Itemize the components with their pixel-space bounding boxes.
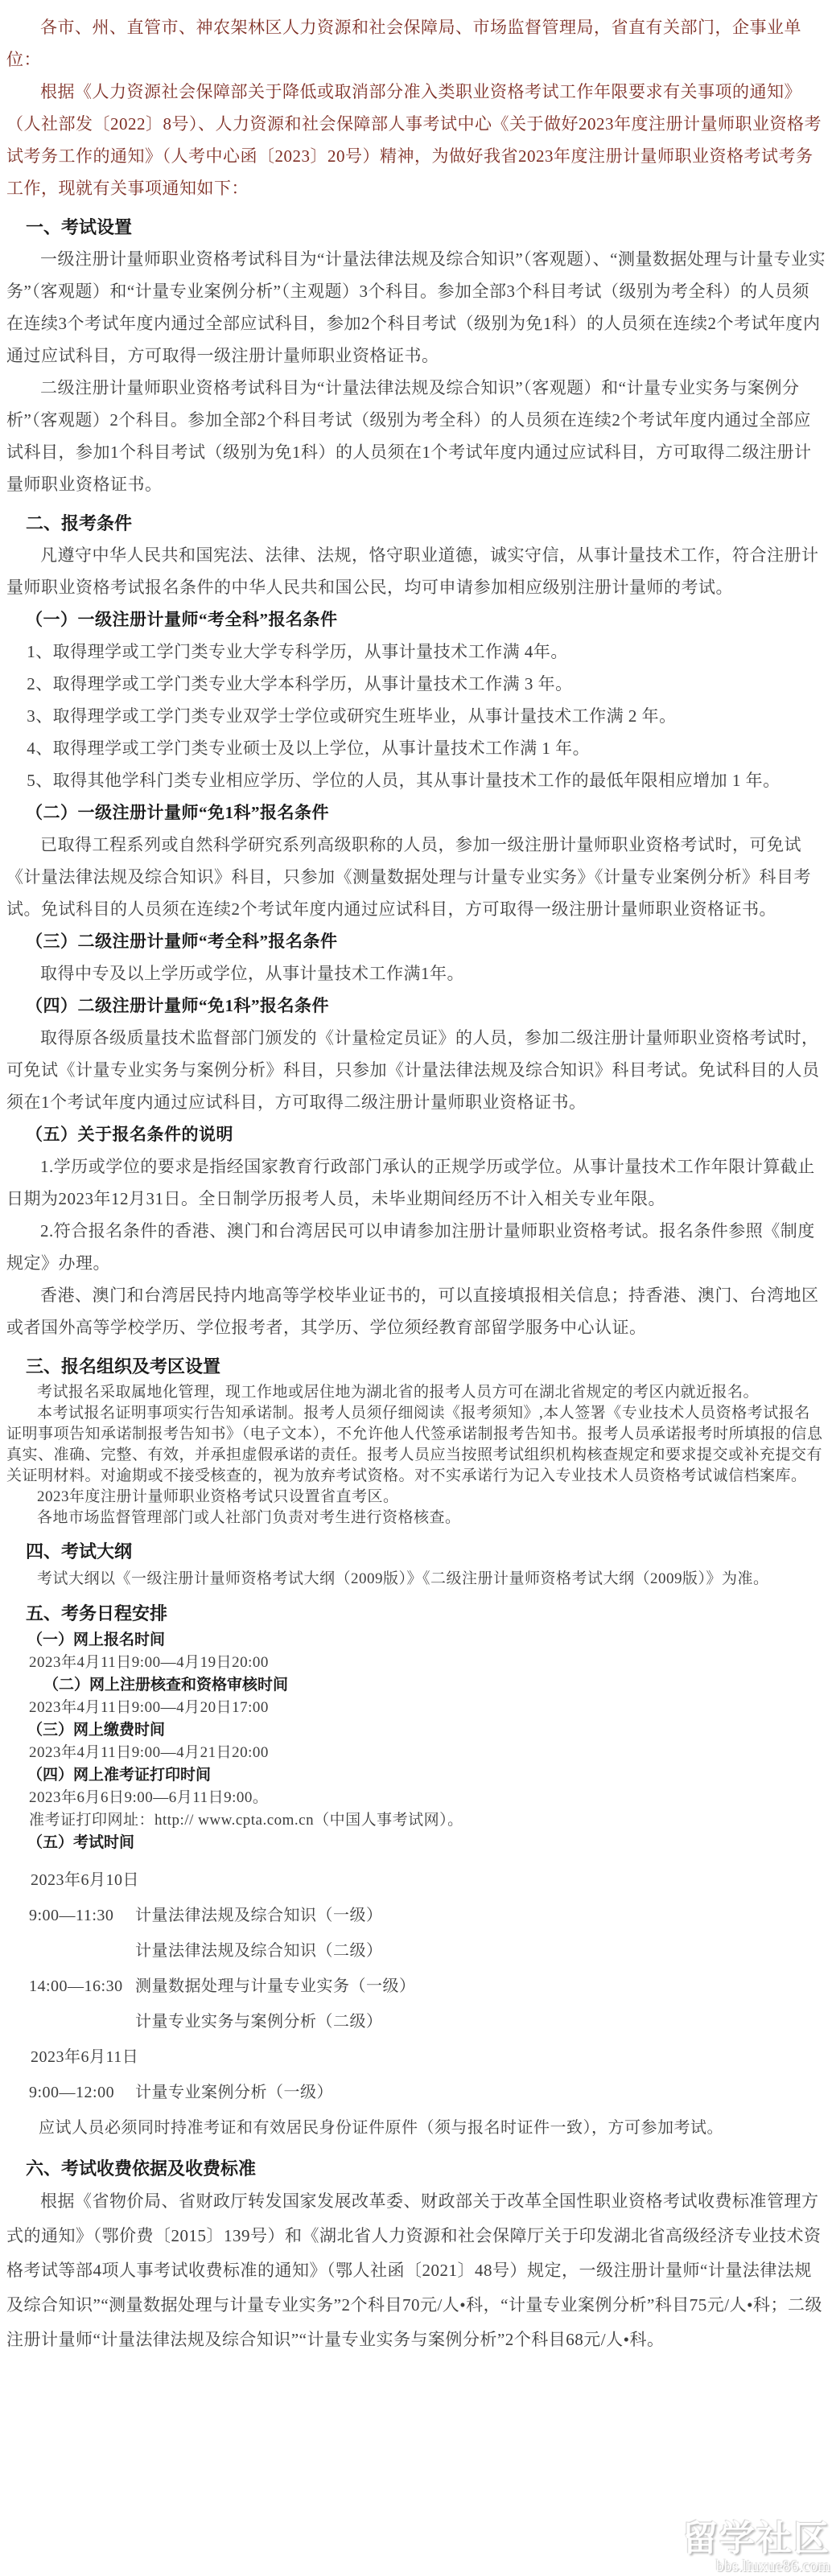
timetable-row: 计量专业实务与案例分析（二级） [6, 2004, 826, 2039]
section-3-title: 三、报名组织及考区设置 [6, 1353, 826, 1381]
section-5-title: 五、考务日程安排 [6, 1600, 826, 1627]
exam-time-slot: 9:00—11:30 [29, 1898, 135, 1933]
timetable-row: 计量法律法规及综合知识（二级） [6, 1933, 826, 1969]
section-6-paragraph: 根据《省物价局、省财政厅转发国家发展改革委、财政部关于改革全国性职业资格考试收费… [6, 2184, 826, 2357]
section-2-exemption-level2-paragraph: 取得原各级质量技术监督部门颁发的《计量检定员证》的人员，参加二级注册计量师职业资… [6, 1022, 826, 1118]
section-2-note-3: 香港、澳门和台湾居民持内地高等学校毕业证书的，可以直接填报相关信息；持香港、澳门… [6, 1279, 826, 1344]
timetable-row: 9:00—12:00 计量专业案例分析（一级） [6, 2075, 826, 2110]
section-3-paragraph-2: 本考试报名证明事项实行告知承诺制。报考人员须仔细阅读《报考须知》,本人签署《专业… [6, 1403, 826, 1487]
schedule-subheading-registration: （一）网上报名时间 [6, 1629, 826, 1652]
exam-time-slot: 14:00—16:30 [29, 1969, 135, 2004]
timetable-row: 9:00—11:30 计量法律法规及综合知识（一级） [6, 1898, 826, 1933]
schedule-subheading-verification: （二）网上注册核查和资格审核时间 [6, 1674, 826, 1697]
section-2-subheading-1: （一）一级注册计量师“考全科”报名条件 [6, 603, 826, 636]
timetable-row: 14:00—16:30 测量数据处理与计量专业实务（一级） [6, 1969, 826, 2004]
exam-admission-note: 应试人员必须同时持准考证和有效居民身份证件原件（须与报名时证件一致），方可参加考… [6, 2110, 826, 2146]
exam-subject: 计量专业实务与案例分析（二级） [135, 2004, 826, 2039]
section-2-level2-full-paragraph: 取得中专及以上学历或学位，从事计量技术工作满1年。 [6, 957, 826, 990]
watermark-url-text: bbs.liuxue86.com [682, 2558, 830, 2574]
section-3-paragraph-3: 2023年度注册计量师职业资格考试只设置省直考区。 [6, 1487, 826, 1508]
requirement-item-2: 2、取得理学或工学门类专业大学本科学历，从事计量技术工作满 3 年。 [6, 668, 826, 700]
exam-subject: 计量法律法规及综合知识（一级） [135, 1898, 826, 1933]
ticket-print-url-line: 准考证打印网址：http:// www.cpta.com.cn（中国人事考试网）… [6, 1809, 826, 1832]
section-1-title: 一、考试设置 [6, 214, 826, 241]
section-2-subheading-5: （五）关于报名条件的说明 [6, 1118, 826, 1150]
watermark-logo-text: 留学社区 [682, 2521, 830, 2557]
exam-subject: 计量专业案例分析（一级） [135, 2075, 826, 2110]
intro-basis-paragraph: 根据《人力资源社会保障部关于降低或取消部分准入类职业资格考试工作年限要求有关事项… [6, 76, 826, 204]
requirement-item-1: 1、取得理学或工学门类专业大学专科学历，从事计量技术工作满 4年。 [6, 636, 826, 668]
requirement-item-4: 4、取得理学或工学门类专业硕士及以上学位，从事计量技术工作满 1 年。 [6, 732, 826, 764]
section-2-subheading-3: （三）二级注册计量师“考全科”报名条件 [6, 925, 826, 957]
section-3-paragraph-1: 考试报名采取属地化管理，现工作地或居住地为湖北省的报考人员方可在湖北省规定的考区… [6, 1382, 826, 1403]
section-6-title: 六、考试收费依据及收费标准 [6, 2155, 826, 2183]
exam-time-slot [29, 1933, 135, 1969]
schedule-subheading-payment: （三）网上缴费时间 [6, 1719, 826, 1742]
schedule-date-payment: 2023年4月11日9:00—4月21日20:00 [6, 1742, 826, 1764]
section-4-paragraph: 考试大纲以《一级注册计量师资格考试大纲（2009版）》《二级注册计量师资格考试大… [6, 1567, 826, 1590]
section-2-intro-paragraph: 凡遵守中华人民共和国宪法、法律、法规，恪守职业道德，诚实守信，从事计量技术工作，… [6, 539, 826, 603]
schedule-date-ticket-print: 2023年6月6日9:00—6月11日9:00。 [6, 1787, 826, 1809]
exam-time-slot [29, 2004, 135, 2039]
schedule-date-verification: 2023年4月11日9:00—4月20日17:00 [6, 1697, 826, 1719]
exam-subject: 计量法律法规及综合知识（二级） [135, 1933, 826, 1969]
section-2-subheading-4: （四）二级注册计量师“免1科”报名条件 [6, 990, 826, 1022]
section-2-note-2: 2.符合报名条件的香港、澳门和台湾居民可以申请参加注册计量师职业资格考试。报名条… [6, 1215, 826, 1279]
exam-timetable: 2023年6月10日 9:00—11:30 计量法律法规及综合知识（一级） 计量… [6, 1862, 826, 2146]
section-2-subheading-2: （二）一级注册计量师“免1科”报名条件 [6, 796, 826, 829]
exam-time-slot: 9:00—12:00 [29, 2075, 135, 2110]
exam-subject: 测量数据处理与计量专业实务（一级） [135, 1969, 826, 2004]
section-2-exemption-level1-paragraph: 已取得工程系列或自然科学研究系列高级职称的人员，参加一级注册计量师职业资格考试时… [6, 829, 826, 925]
intro-recipients-paragraph: 各市、州、直管市、神农架林区人力资源和社会保障局、市场监督管理局，省直有关部门，… [6, 11, 826, 76]
section-4-title: 四、考试大纲 [6, 1538, 826, 1566]
requirement-item-3: 3、取得理学或工学门类专业双学士学位或研究生班毕业，从事计量技术工作满 2 年。 [6, 700, 826, 732]
section-1-paragraph-level1: 一级注册计量师职业资格考试科目为“计量法律法规及综合知识”（客观题）、“测量数据… [6, 243, 826, 372]
schedule-date-registration: 2023年4月11日9:00—4月19日20:00 [6, 1652, 826, 1674]
schedule-subheading-ticket-print: （四）网上准考证打印时间 [6, 1764, 826, 1787]
site-watermark: 留学社区 bbs.liuxue86.com [682, 2521, 830, 2574]
section-3-paragraph-4: 各地市场监督管理部门或人社部门负责对考生进行资格核查。 [6, 1508, 826, 1529]
exam-day-2: 2023年6月11日 [6, 2039, 826, 2075]
requirement-item-5: 5、取得其他学科门类专业相应学历、学位的人员，其从事计量技术工作的最低年限相应增… [6, 764, 826, 796]
notice-document: 各市、州、直管市、神农架林区人力资源和社会保障局、市场监督管理局，省直有关部门，… [0, 0, 832, 2357]
exam-day-1: 2023年6月10日 [6, 1862, 826, 1898]
section-2-title: 二、报考条件 [6, 510, 826, 537]
section-1-paragraph-level2: 二级注册计量师职业资格考试科目为“计量法律法规及综合知识”（客观题）和“计量专业… [6, 372, 826, 500]
schedule-subheading-exam-time: （五）考试时间 [6, 1832, 826, 1854]
section-2-note-1: 1.学历或学位的要求是指经国家教育行政部门承认的正规学历或学位。从事计量技术工作… [6, 1150, 826, 1215]
